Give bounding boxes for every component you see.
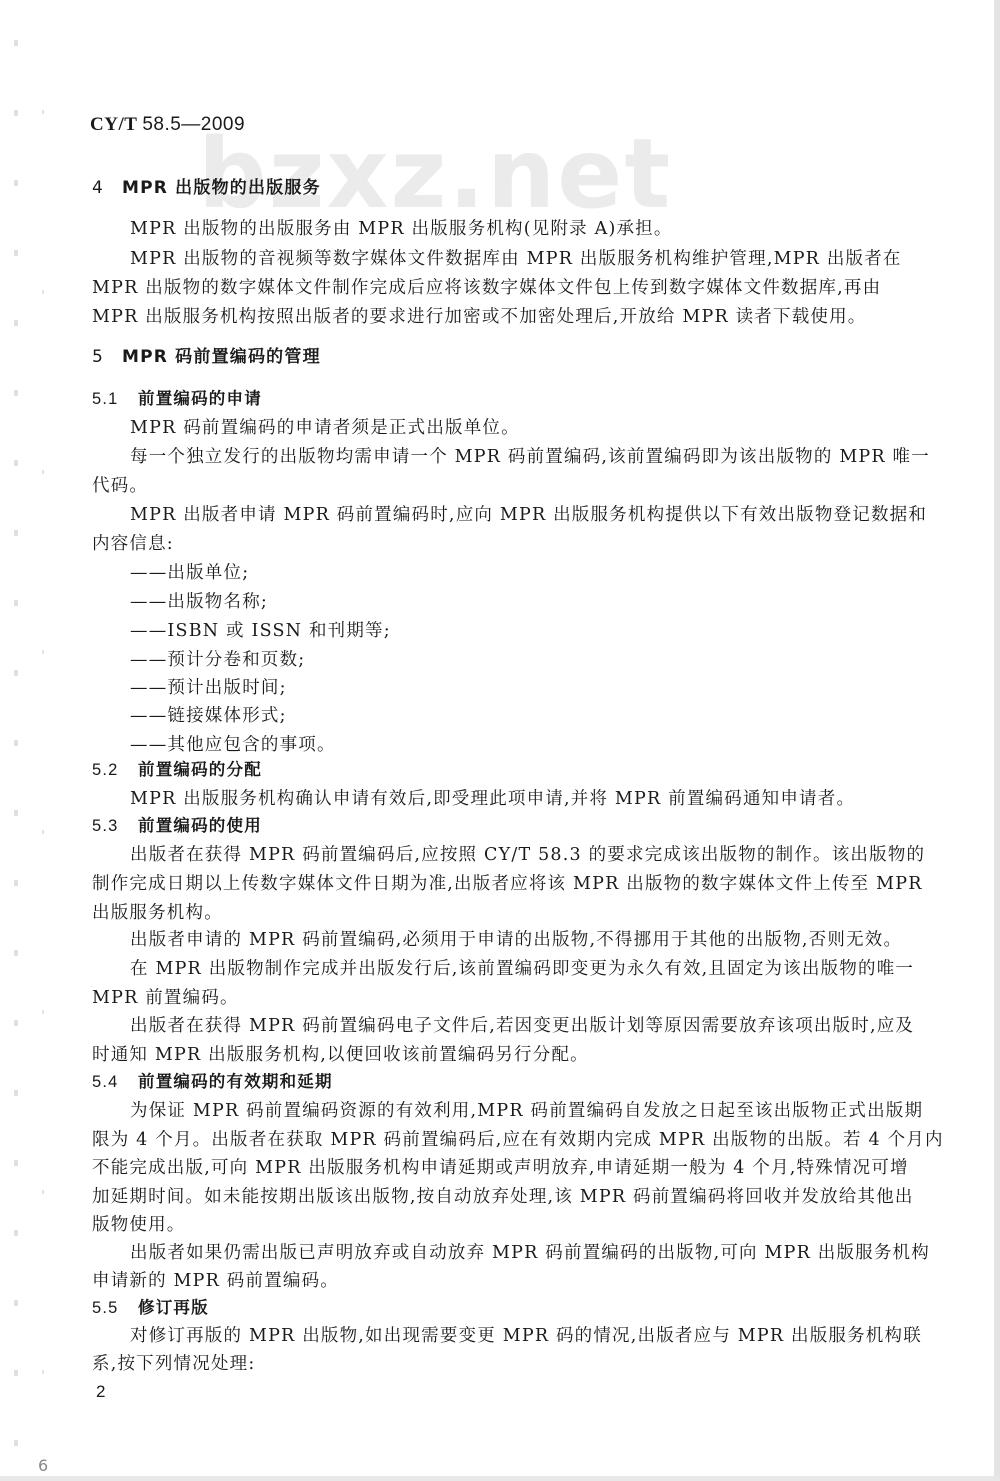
section-number: 4 — [92, 180, 122, 197]
section-title: 前置编码的使用 — [138, 816, 262, 835]
standard-number: 58.5—2009 — [142, 114, 245, 135]
paragraph-line: MPR 出版服务机构确认申请有效后,即受理此项申请,并将 MPR 前置编码通知申… — [130, 791, 855, 809]
paragraph-line: 出版者申请的 MPR 码前置编码,必须用于申请的出版物,不得挪用于其他的出版物,… — [130, 932, 902, 950]
paragraph-line: MPR 码前置编码的申请者须是正式出版单位。 — [130, 420, 520, 438]
paragraph-line: 出版服务机构。 — [92, 905, 223, 923]
paragraph-line: MPR 出版服务机构按照出版者的要求进行加密或不加密处理后,开放给 MPR 读者… — [92, 309, 867, 327]
page-edge — [0, 1476, 1000, 1481]
paragraph-line: 每一个独立发行的出版物均需申请一个 MPR 码前置编码,该前置编码即为该出版物的… — [130, 449, 930, 467]
paragraph-line: 版物使用。 — [92, 1217, 186, 1235]
list-item: ——其他应包含的事项。 — [130, 737, 336, 755]
subsection-heading-5-5: 5.5修订再版 — [92, 1300, 209, 1317]
section-title: MPR 出版物的出版服务 — [122, 178, 321, 198]
section-number: 5.5 — [92, 1300, 138, 1317]
paragraph-line: 出版者在获得 MPR 码前置编码后,应按照 CY/T 58.3 的要求完成该出版… — [130, 847, 925, 865]
subsection-heading-5-3: 5.3前置编码的使用 — [92, 818, 262, 835]
paragraph-line: MPR 出版者申请 MPR 码前置编码时,应向 MPR 出版服务机构提供以下有效… — [130, 507, 927, 525]
section-number: 5.1 — [92, 391, 138, 408]
paragraph-line: 出版者如果仍需出版已声明放弃或自动放弃 MPR 码前置编码的出版物,可向 MPR… — [130, 1245, 930, 1263]
paragraph-line: 不能完成出版,可向 MPR 出版服务机构申请延期或声明放弃,申请延期一般为 4 … — [92, 1160, 909, 1178]
paragraph-line: 出版者在获得 MPR 码前置编码电子文件后,若因变更出版计划等原因需要放弃该项出… — [130, 1018, 914, 1036]
paragraph-line: 系,按下列情况处理: — [92, 1356, 255, 1374]
paragraph-line: 申请新的 MPR 码前置编码。 — [92, 1273, 339, 1291]
subsection-heading-5-1: 5.1前置编码的申请 — [92, 391, 262, 408]
list-item: ——ISBN 或 ISSN 和刊期等; — [130, 623, 391, 641]
paragraph-line: MPR 出版物的出版服务由 MPR 出版服务机构(见附录 A)承担。 — [130, 221, 673, 239]
section-number: 5.2 — [92, 762, 138, 779]
scan-edge-marks — [14, 0, 18, 1481]
list-item: ——出版单位; — [130, 565, 249, 583]
paragraph-line: MPR 前置编码。 — [92, 990, 239, 1008]
list-item: ——预计分卷和页数; — [130, 652, 305, 670]
list-item: ——预计出版时间; — [130, 680, 287, 698]
section-number: 5.4 — [92, 1074, 138, 1091]
section-heading-4: 4MPR 出版物的出版服务 — [92, 180, 321, 197]
standard-prefix: CY/T — [90, 114, 137, 135]
paragraph-line: 制作完成日期以上传数字媒体文件日期为准,出版者应将该 MPR 出版物的数字媒体文… — [92, 876, 923, 894]
corner-mark: 6 — [38, 1456, 48, 1475]
section-heading-5: 5MPR 码前置编码的管理 — [92, 349, 321, 366]
subsection-heading-5-2: 5.2前置编码的分配 — [92, 762, 262, 779]
paragraph-line: 加延期时间。如未能按期出版该出版物,按自动放弃处理,该 MPR 码前置编码将回收… — [92, 1189, 914, 1207]
paragraph-line: MPR 出版物的数字媒体文件制作完成后应将该数字媒体文件包上传到数字媒体文件数据… — [92, 280, 881, 298]
paragraph-line: 限为 4 个月。出版者在获取 MPR 码前置编码后,应在有效期内完成 MPR 出… — [92, 1132, 944, 1150]
paragraph-line: 为保证 MPR 码前置编码资源的有效利用,MPR 码前置编码自发放之日起至该出版… — [130, 1103, 923, 1121]
section-title: 前置编码的有效期和延期 — [138, 1072, 333, 1091]
paragraph-line: 在 MPR 出版物制作完成并出版发行后,该前置编码即变更为永久有效,且固定为该出… — [130, 961, 914, 979]
subsection-heading-5-4: 5.4前置编码的有效期和延期 — [92, 1074, 333, 1091]
standard-code: CY/T 58.5—2009 — [90, 114, 245, 136]
section-number: 5.3 — [92, 818, 138, 835]
watermark: bzxz.net — [198, 126, 672, 222]
page-edge — [994, 0, 1000, 1481]
paragraph-line: 时通知 MPR 出版服务机构,以便回收该前置编码另行分配。 — [92, 1047, 589, 1065]
page-number: 2 — [96, 1382, 105, 1402]
paragraph-line: 内容信息: — [92, 536, 174, 554]
section-title: 前置编码的分配 — [138, 760, 262, 779]
list-item: ——出版物名称; — [130, 594, 268, 612]
section-title: 前置编码的申请 — [138, 389, 262, 408]
paragraph-line: 代码。 — [92, 478, 148, 496]
section-title: 修订再版 — [138, 1298, 209, 1317]
paragraph-line: 对修订再版的 MPR 出版物,如出现需要变更 MPR 码的情况,出版者应与 MP… — [130, 1328, 922, 1346]
scan-edge-marks — [42, 20, 44, 1460]
list-item: ——链接媒体形式; — [130, 708, 287, 726]
section-title: MPR 码前置编码的管理 — [122, 347, 321, 367]
paragraph-line: MPR 出版物的音视频等数字媒体文件数据库由 MPR 出版服务机构维护管理,MP… — [130, 251, 902, 269]
section-number: 5 — [92, 349, 122, 366]
